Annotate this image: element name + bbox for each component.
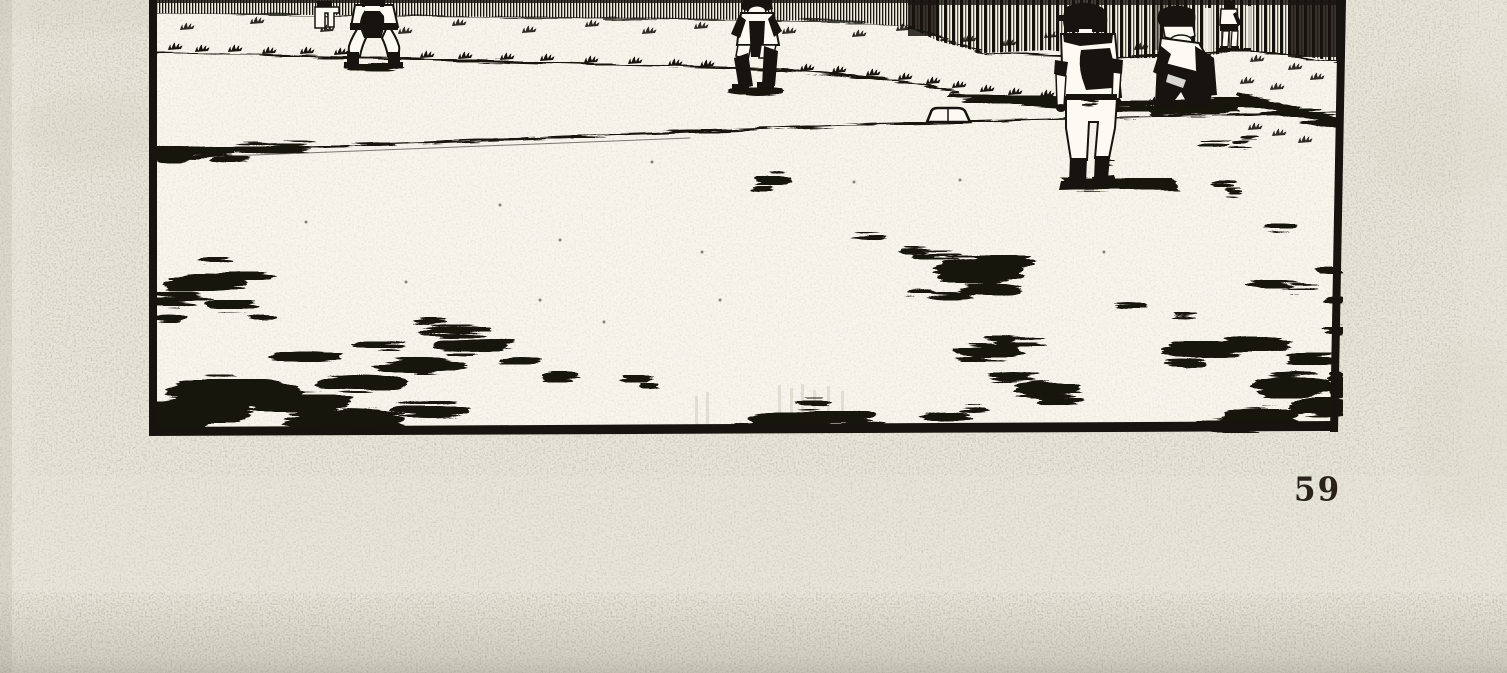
- manga-page: 59: [0, 0, 1507, 673]
- base-bag: [927, 108, 970, 122]
- comic-panel: [121, 0, 1352, 436]
- page-bottom-shading: [0, 595, 1507, 673]
- page-number: 59: [1294, 471, 1341, 508]
- page-artwork: [0, 0, 1507, 673]
